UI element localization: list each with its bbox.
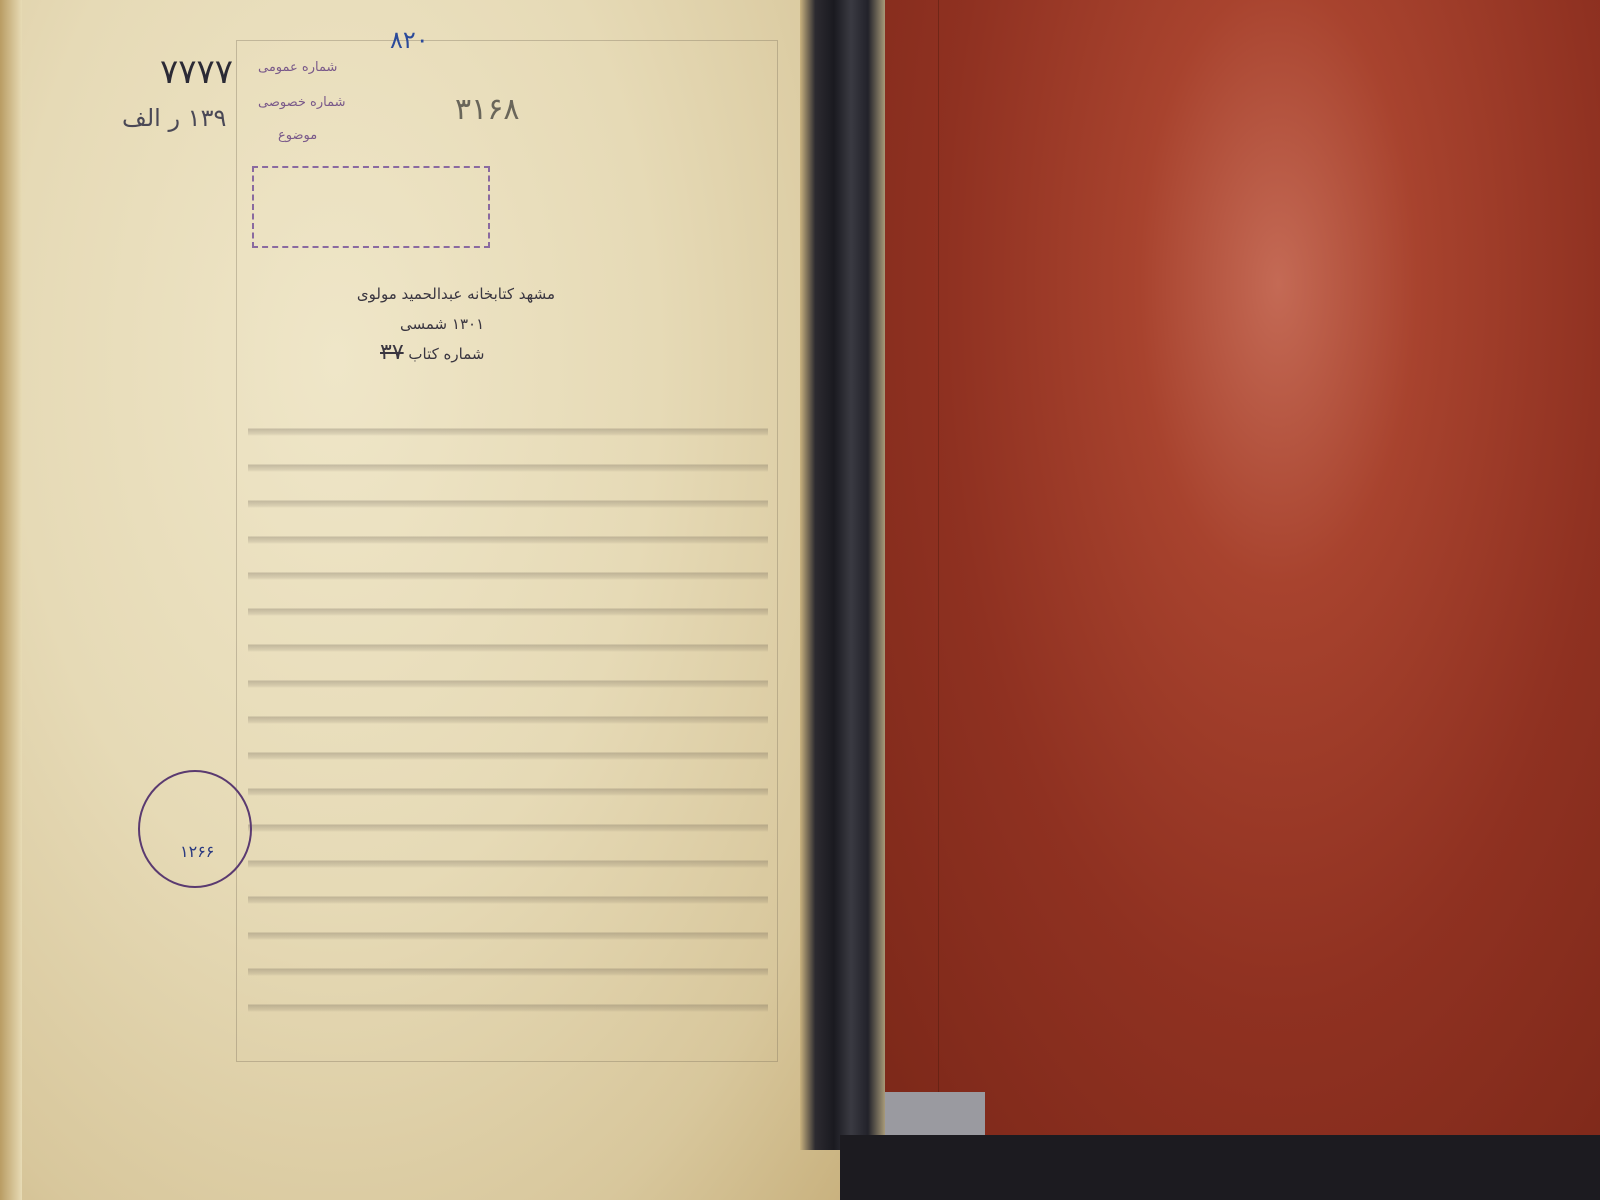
round-seal: ۱۲۶۶ — [138, 770, 252, 888]
book-number: ۳۷ — [380, 340, 404, 365]
rectangular-stamp — [252, 166, 490, 248]
page-edge — [0, 0, 22, 1200]
book-number-label: شماره کتاب — [408, 345, 484, 363]
label-general-number: شماره عمومی — [258, 60, 337, 75]
side-number: ۱۳۹ ر الف — [122, 104, 226, 132]
cover-border-line — [938, 0, 1600, 1120]
pencil-number: ۳۱۶۸ — [455, 92, 519, 127]
book-spine — [800, 0, 885, 1150]
label-subject: موضوع — [278, 128, 317, 143]
background-table — [840, 1135, 1600, 1200]
tape-patch — [885, 1092, 985, 1136]
year-note: ۱۳۰۱ شمسی — [400, 315, 484, 333]
book-number-note: شماره کتاب ۳۷ — [380, 340, 484, 365]
library-note: مشهد کتابخانه عبدالحمید مولوی — [355, 285, 555, 303]
blue-number: ۸۲۰ — [390, 26, 429, 54]
label-private-number: شماره خصوصی — [258, 95, 346, 110]
large-number: ۷۷۷۷ — [160, 52, 233, 92]
seal-text: ۱۲۶۶ — [180, 842, 214, 861]
handwritten-text-block — [248, 400, 768, 1040]
